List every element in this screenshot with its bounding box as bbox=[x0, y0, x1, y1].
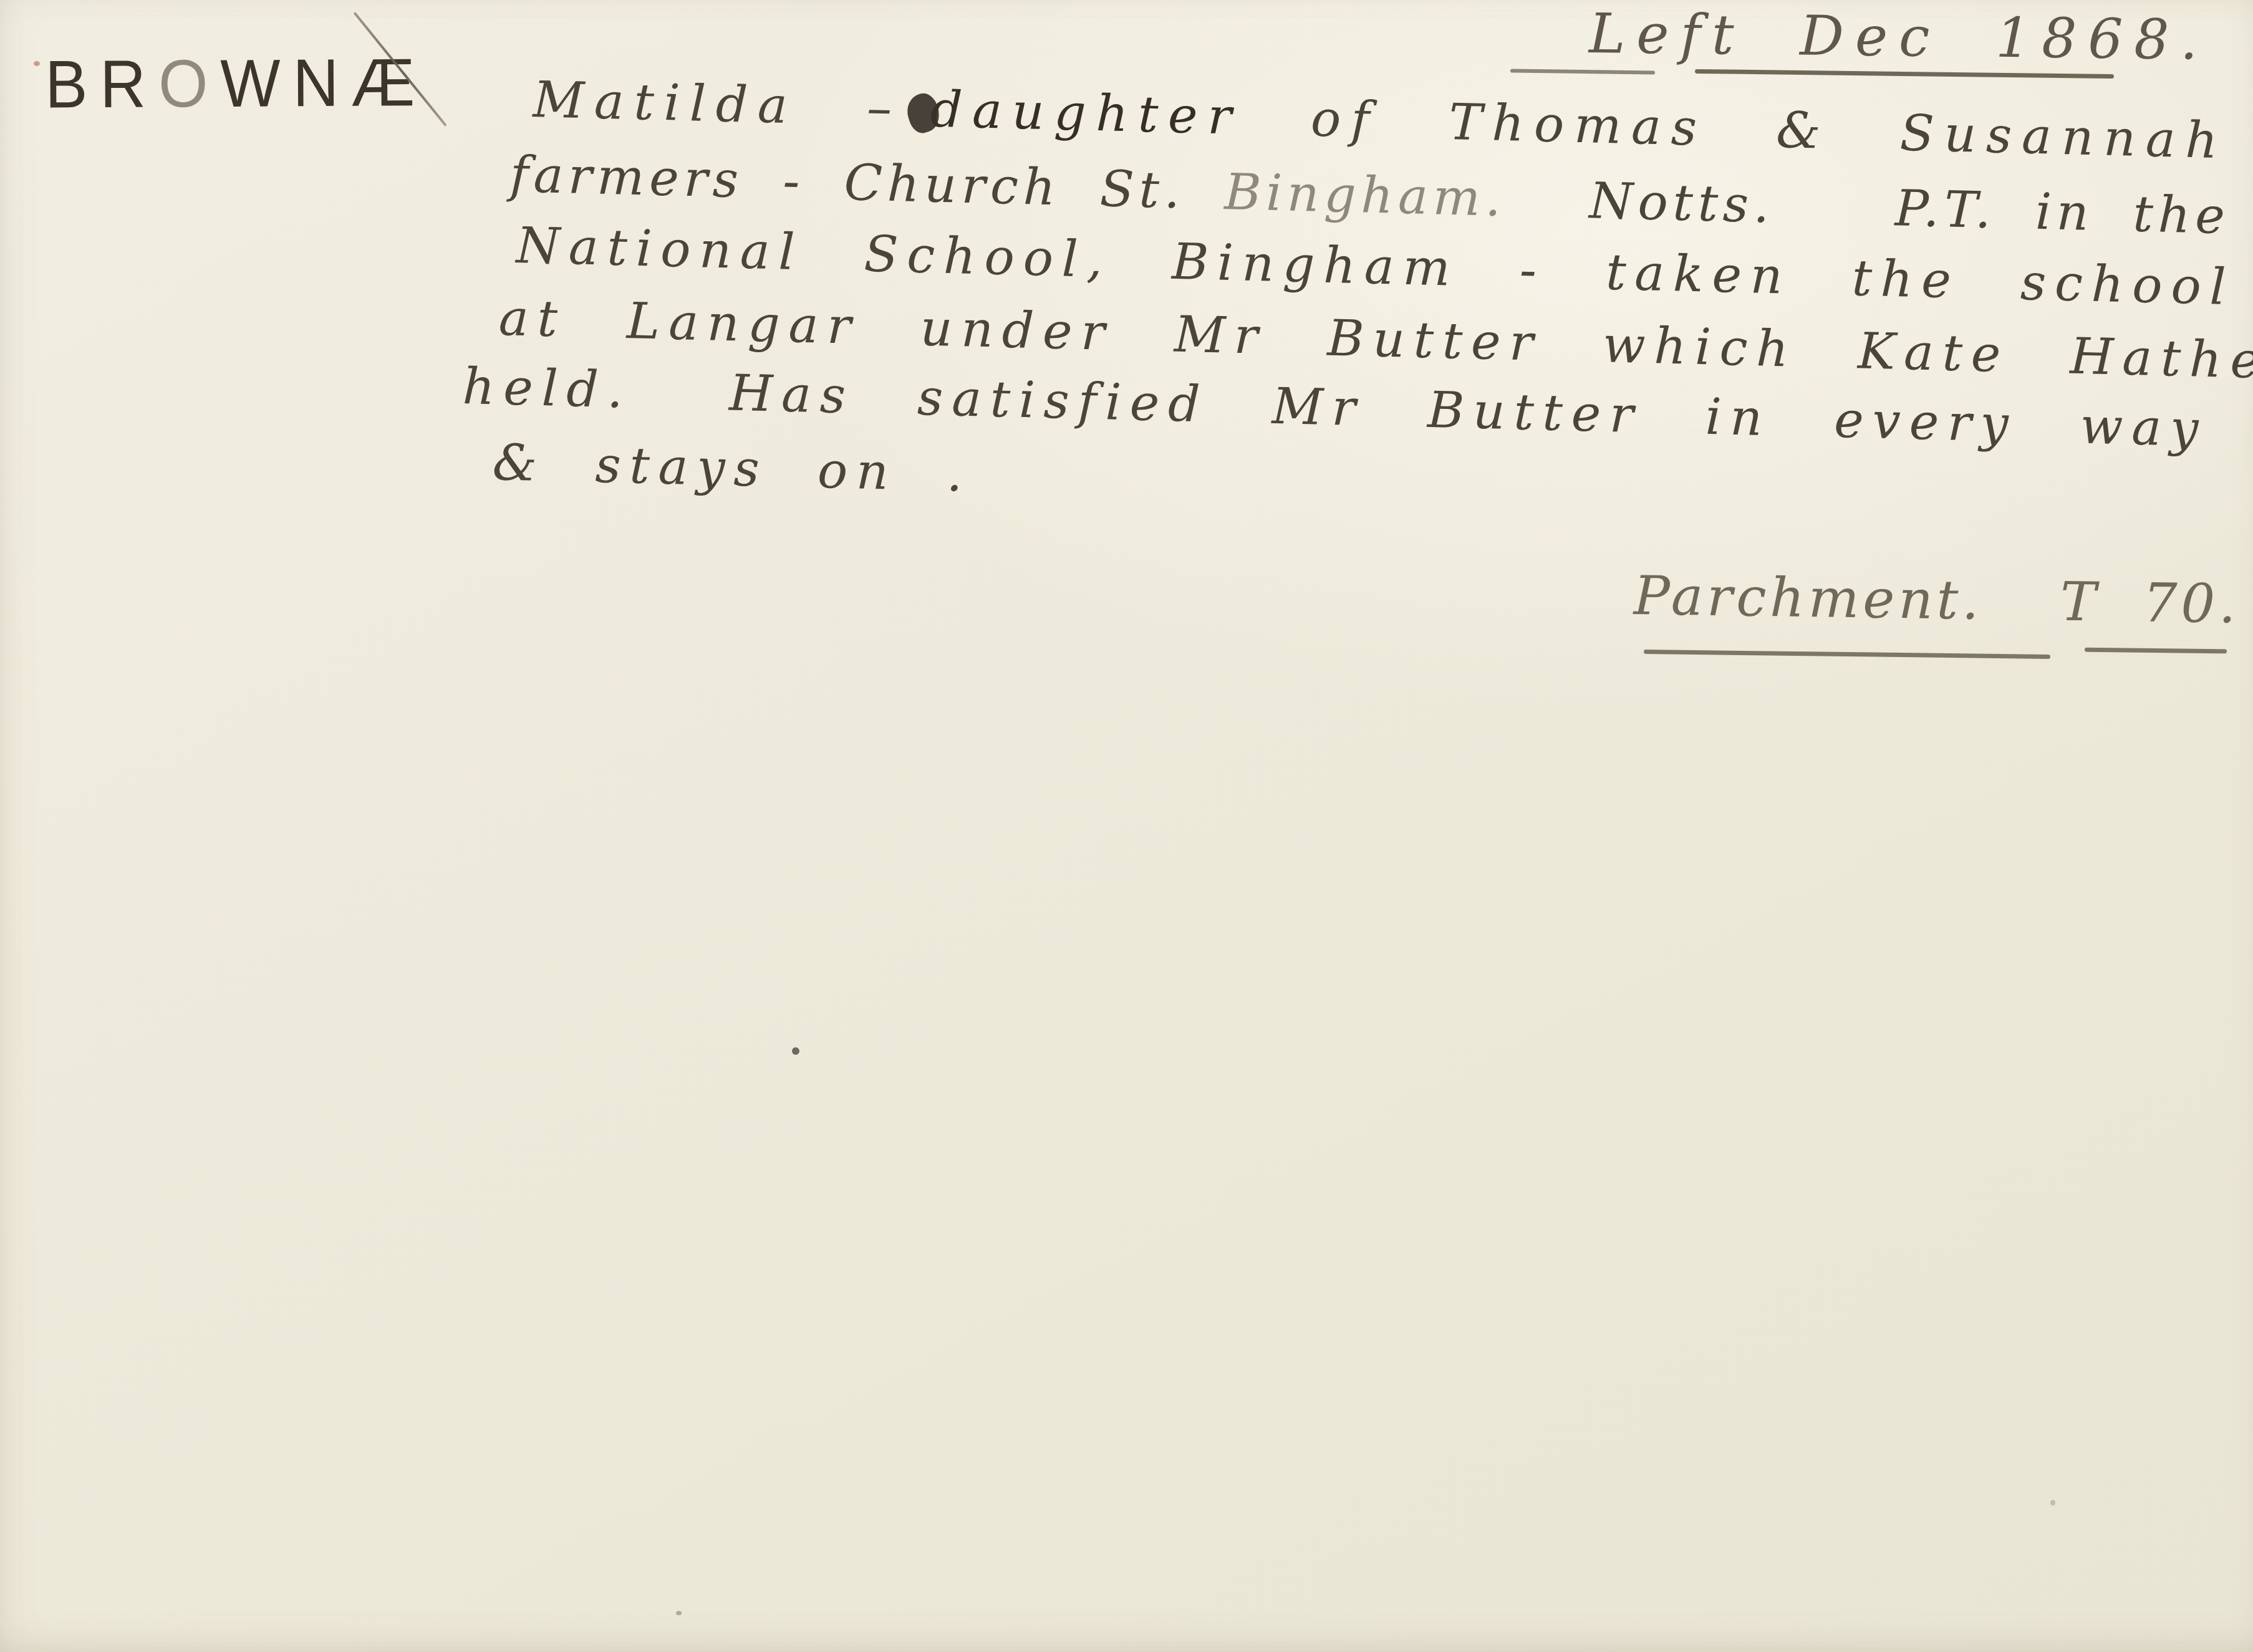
date-underline bbox=[1510, 69, 1655, 75]
paper-speck bbox=[792, 1047, 799, 1055]
body-text: daughter bbox=[930, 80, 1242, 146]
paper-speck bbox=[34, 61, 40, 66]
surname: BROWNÆ bbox=[45, 44, 428, 123]
date-underline bbox=[1695, 69, 2114, 79]
surname-part: O bbox=[158, 46, 221, 122]
body-line-6: & stays on . bbox=[492, 436, 972, 501]
body-text: Matilda – bbox=[533, 70, 902, 137]
body-text: held. bbox=[462, 357, 632, 420]
reference-letter: T bbox=[2060, 571, 2100, 634]
body-text: of Thomas & Susannah - bbox=[1310, 89, 2253, 172]
reference-underline bbox=[2085, 648, 2227, 654]
surname-part: BR bbox=[45, 46, 158, 122]
body-text: P.T. in the bbox=[1894, 179, 2231, 245]
reference-note: Parchment. T 70. bbox=[1633, 565, 2240, 636]
paper-speck bbox=[2050, 1500, 2055, 1506]
body-text: & stays on . bbox=[492, 433, 972, 503]
material-label: Parchment. bbox=[1633, 565, 1983, 632]
reference-number: 70. bbox=[2143, 572, 2240, 635]
date-note: Left Dec 1868. bbox=[1588, 1, 2209, 72]
body-text: Bingham. bbox=[1224, 163, 1507, 228]
record-card: BROWNÆ Left Dec 1868. Matilda –daughter … bbox=[0, 0, 2253, 1652]
surname-part: WN bbox=[220, 45, 352, 121]
reference-underline bbox=[1644, 650, 2050, 659]
body-text: Notts. bbox=[1588, 171, 1775, 234]
paper-speck bbox=[676, 1611, 682, 1615]
body-text: farmers - Church St. bbox=[509, 145, 1186, 219]
